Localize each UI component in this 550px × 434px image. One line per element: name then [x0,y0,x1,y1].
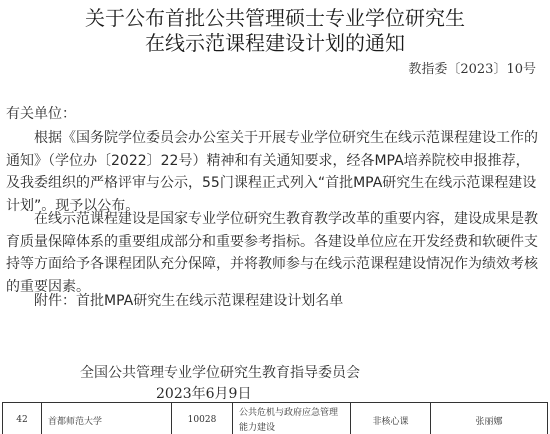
attachment-link[interactable]: 附件：首批MPA研究生在线示范课程建设计划名单 [34,290,343,313]
document-number: 教指委〔2023〕10号 [408,62,536,78]
document-title-line1: 关于公布首批公共管理硕士专业学位研究生 [0,6,550,30]
table-cell-code: 10028 [171,403,232,434]
table-cell-course: 公共危机与政府应急管理能力建设 [232,403,350,434]
paragraph-2: 在线示范课程建设是国家专业学位研究生教育教学改革的重要内容，建设成果是教育质量保… [6,208,542,298]
document-title-line2: 在线示范课程建设计划的通知 [0,31,550,55]
table-cell-school: 首都师范大学 [41,403,171,434]
table-cell-type: 非核心课 [350,403,430,434]
greeting: 有关单位： [6,103,542,126]
signature-organization: 全国公共管理专业学位研究生教育指导委员会 [80,364,360,382]
table-cell-no: 42 [2,403,41,434]
course-table: 42 首都师范大学 10028 公共危机与政府应急管理能力建设 非核心课 张丽娜 [2,402,548,434]
signature-date: 2023年6月9日 [156,386,251,402]
table-cell-leader: 张丽娜 [430,403,548,434]
paragraph-1: 根据《国务院学位委员会办公室关于开展专业学位研究生在线示范课程建设工作的通知》（… [6,127,542,217]
